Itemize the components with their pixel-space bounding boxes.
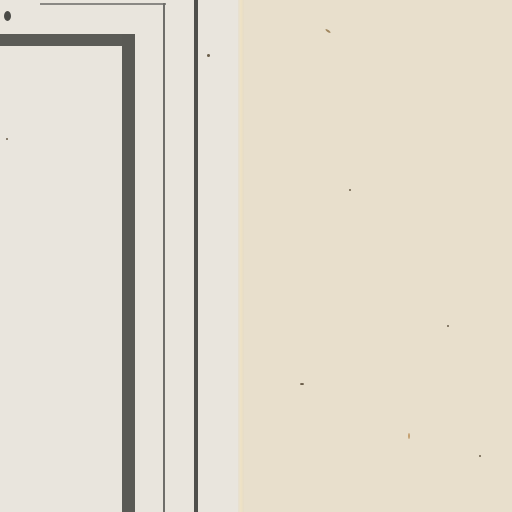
paper-speck bbox=[479, 455, 481, 457]
right-page bbox=[241, 0, 512, 512]
paper-speck bbox=[447, 325, 449, 327]
page-gutter bbox=[238, 0, 244, 512]
outer-border-top-rule bbox=[40, 3, 166, 5]
outer-border-right-rule bbox=[163, 3, 165, 512]
margin-rule bbox=[194, 0, 198, 512]
paper-speck bbox=[408, 433, 410, 439]
inner-border-top-rule bbox=[0, 34, 135, 46]
ink-dot bbox=[4, 11, 11, 21]
paper-speck bbox=[300, 383, 304, 385]
paper-speck bbox=[349, 189, 351, 191]
paper-speck bbox=[207, 54, 210, 57]
paper-speck bbox=[6, 138, 8, 140]
left-page bbox=[0, 0, 241, 512]
inner-border-right-rule bbox=[122, 34, 135, 512]
